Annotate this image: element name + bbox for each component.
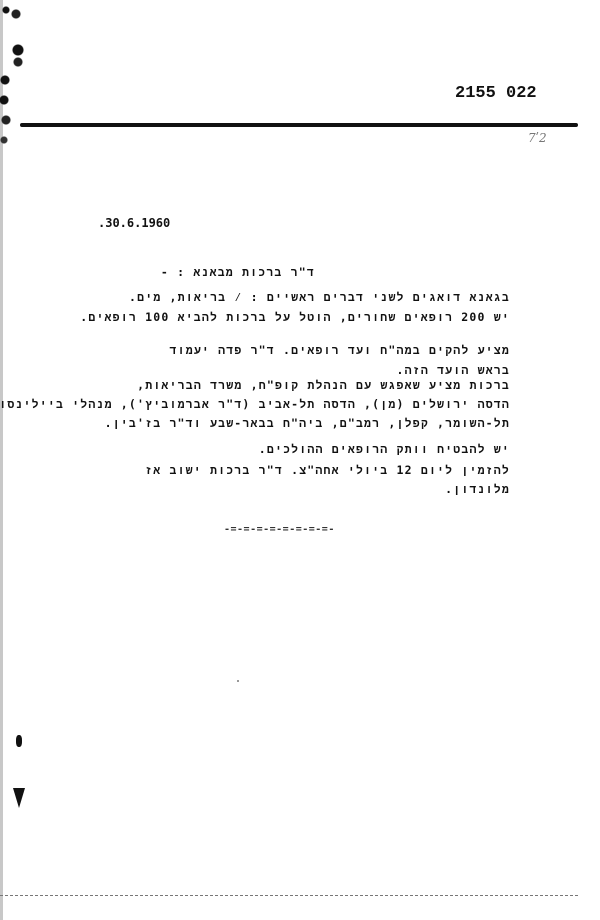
archive-number: 2155 022 — [455, 84, 537, 103]
document-date: .30.6.1960 — [98, 216, 170, 230]
section-separator: -=-=-=-=-=-=-=-=- — [224, 524, 335, 535]
text-line: הדסה ירושלים (מן), הדסה תל-אביב (ד"ר אבר… — [0, 397, 510, 412]
text-line: מלונדון. — [445, 482, 510, 497]
text-line: להזמין ליום 12 ביולי אחה"צ. ד"ר ברכות יש… — [145, 463, 510, 478]
text-line: בגאנא דואגים לשני דברים ראשיים : ⁄ בריאו… — [129, 290, 510, 305]
text-line: יש 200 רופאים שחורים, הוטל על ברכות להבי… — [80, 310, 510, 325]
header-rule — [20, 123, 578, 127]
heading-line: ד"ר ברכות מבאנא : - — [161, 265, 315, 280]
scan-binding-marks — [0, 0, 26, 160]
scan-speck — [237, 680, 239, 682]
text-line: יש להבטיח וותק הרופאים ההולכים. — [259, 442, 510, 457]
scan-mark — [13, 788, 25, 808]
footer-rule — [0, 895, 578, 897]
text-line: מציע להקים במה"ח ועד רופאים. ד"ר פדה יעמ… — [170, 343, 510, 358]
text-line: תל-השומר, קפלן, רמב"ם, ביה"ח בבאר-שבע וד… — [105, 416, 510, 431]
text-line: ברכות מציע שאפגש עם הנהלת קופ"ח, משרד הב… — [137, 378, 510, 393]
scan-mark — [16, 735, 22, 747]
scanned-document-page: 2155 022 7ʹ2 .30.6.1960 ד"ר ברכות מבאנא … — [0, 0, 600, 920]
handwritten-annotation: 7ʹ2 — [528, 131, 547, 145]
text-line: בראש הועד הזה. — [397, 363, 510, 378]
